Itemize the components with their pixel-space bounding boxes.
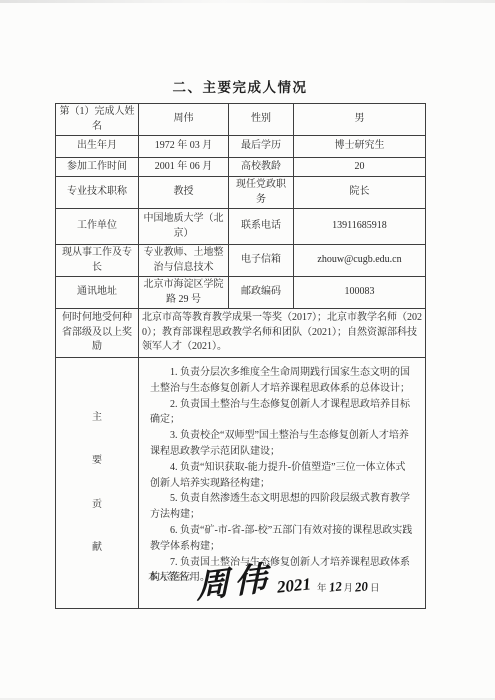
field-value-gender: 男 — [294, 104, 426, 136]
field-value-professional-title: 教授 — [139, 177, 229, 209]
field-value-employer: 中国地质大学（北京） — [139, 209, 229, 245]
vertical-label-char: 要 — [92, 454, 102, 469]
field-label-main-contributions: 主 要 贡 献 — [56, 358, 139, 609]
contribution-item: 1. 负责分层次多维度全生命周期践行国家生态文明的国土整治与生态修复创新人才培养… — [150, 365, 414, 397]
field-value-completer-name: 周伟 — [139, 104, 229, 136]
vertical-label-char: 献 — [92, 541, 102, 556]
month-unit-label: 月 — [344, 584, 354, 594]
field-value-teaching-years: 20 — [294, 158, 426, 177]
field-label-email: 电子信箱 — [229, 245, 294, 277]
signature-date: 2021年12月20日 — [277, 574, 381, 599]
field-value-final-degree: 博士研究生 — [294, 136, 426, 158]
field-label-employer: 工作单位 — [56, 209, 139, 245]
field-label-gender: 性别 — [229, 104, 294, 136]
scanned-form-page: 二、主要完成人情况 第（1）完成人姓名 周伟 性别 男 出生年月 1972 年 … — [0, 0, 495, 700]
table-row-birth-education: 出生年月 1972 年 03 月 最后学历 博士研究生 — [56, 136, 426, 158]
field-label-awards: 何时何地受何种省部级及以上奖励 — [56, 309, 139, 358]
field-value-awards: 北京市高等教育教学成果一等奖（2017）；北京市教学名师（2020）；教育部课程… — [139, 309, 426, 358]
contribution-item: 3. 负责校企“双师型”国土整治与生态修复创新人才培养课程思政教学示范团队建设； — [150, 428, 414, 460]
contribution-item: 5. 负责自然渗透生态文明思想的四阶段层级式教育教学方法构建； — [150, 491, 414, 523]
field-label-work-start: 参加工作时间 — [56, 158, 139, 177]
contribution-item: 6. 负责“矿-市-省-部-校”五部门有效对接的课程思政实践教学体系构建； — [150, 523, 414, 555]
field-label-professional-title: 专业技术职称 — [56, 177, 139, 209]
field-label-teaching-years: 高校教龄 — [229, 158, 294, 177]
field-label-birth-date: 出生年月 — [56, 136, 139, 158]
field-value-current-position: 院长 — [294, 177, 426, 209]
year-unit-label: 年 — [317, 584, 327, 594]
field-value-email: zhouw@cugb.edu.cn — [294, 245, 426, 277]
contribution-list: 1. 负责分层次多维度全生命周期践行国家生态文明的国土整治与生态修复创新人才培养… — [142, 359, 422, 586]
field-label-address: 通讯地址 — [56, 277, 139, 309]
table-row-awards: 何时何地受何种省部级及以上奖励 北京市高等教育教学成果一等奖（2017）；北京市… — [56, 309, 426, 358]
document-body: 二、主要完成人情况 第（1）完成人姓名 周伟 性别 男 出生年月 1972 年 … — [55, 76, 425, 609]
table-row-name-gender: 第（1）完成人姓名 周伟 性别 男 — [56, 104, 426, 136]
field-label-current-position: 现任党政职务 — [229, 177, 294, 209]
field-label-final-degree: 最后学历 — [229, 136, 294, 158]
field-value-work-start: 2001 年 06 月 — [139, 158, 229, 177]
table-row-employer-phone: 工作单位 中国地质大学（北京） 联系电话 13911685918 — [56, 209, 426, 245]
field-label-zipcode: 邮政编码 — [229, 277, 294, 309]
field-value-phone: 13911685918 — [294, 209, 426, 245]
table-row-contributions: 主 要 贡 献 1. 负责分层次多维度全生命周期践行国家生态文明的国土整治与生态… — [56, 358, 426, 609]
handwritten-signature: 周伟 — [196, 563, 273, 605]
table-row-title-position: 专业技术职称 教授 现任党政职务 院长 — [56, 177, 426, 209]
contribution-item: 4. 负责“知识获取-能力提升-价值塑造”三位一体立体式创新人培养实现路径构建； — [150, 460, 414, 492]
handwritten-month: 12 — [328, 578, 343, 598]
vertical-label-char: 主 — [92, 411, 102, 426]
field-value-birth-date: 1972 年 03 月 — [139, 136, 229, 158]
field-value-address: 北京市海淀区学院路 29 号 — [139, 277, 229, 309]
table-row-workstart-teachyears: 参加工作时间 2001 年 06 月 高校教龄 20 — [56, 158, 426, 177]
field-label-completer-name: 第（1）完成人姓名 — [56, 104, 139, 136]
vertical-label-stack: 主 要 贡 献 — [59, 411, 135, 556]
field-label-specialty: 现从事工作及专长 — [56, 245, 139, 277]
field-value-main-contributions: 1. 负责分层次多维度全生命周期践行国家生态文明的国土整治与生态修复创新人才培养… — [139, 358, 426, 609]
field-label-phone: 联系电话 — [229, 209, 294, 245]
contribution-item: 2. 负责国土整治与生态修复创新人才课程思政培养目标确定； — [150, 397, 414, 429]
field-value-specialty: 专业教师、土地整治与信息技术 — [139, 245, 229, 277]
handwritten-year: 2021 — [276, 573, 312, 601]
vertical-label-char: 贡 — [92, 498, 102, 513]
day-unit-label: 日 — [370, 584, 380, 594]
page-title: 二、主要完成人情况 — [55, 76, 425, 96]
field-value-zipcode: 100083 — [294, 277, 426, 309]
table-row-address-zipcode: 通讯地址 北京市海淀区学院路 29 号 邮政编码 100083 — [56, 277, 426, 309]
handwritten-day: 20 — [354, 578, 369, 598]
table-row-specialty-email: 现从事工作及专长 专业教师、土地整治与信息技术 电子信箱 zhouw@cugb.… — [56, 245, 426, 277]
completer-info-table: 第（1）完成人姓名 周伟 性别 男 出生年月 1972 年 03 月 最后学历 … — [55, 103, 426, 609]
scan-artifact-top — [0, 0, 495, 3]
signature-label: 本人签名： — [148, 571, 198, 586]
